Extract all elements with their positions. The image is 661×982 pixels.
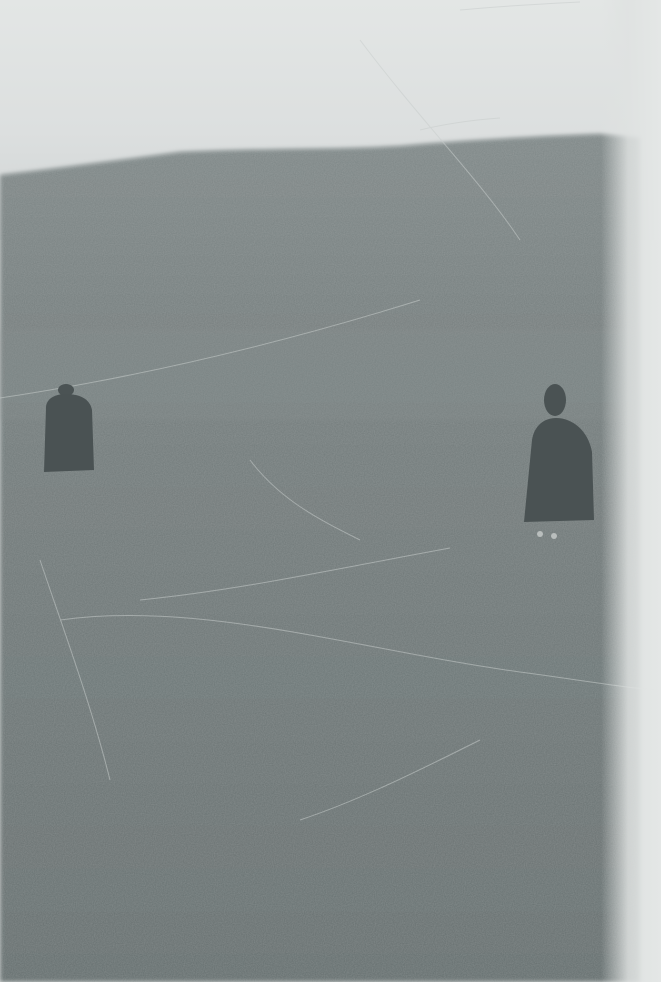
right-figure bbox=[518, 382, 598, 542]
left-figure bbox=[38, 380, 98, 480]
photograph bbox=[0, 0, 661, 982]
right-paper-border bbox=[601, 0, 661, 982]
